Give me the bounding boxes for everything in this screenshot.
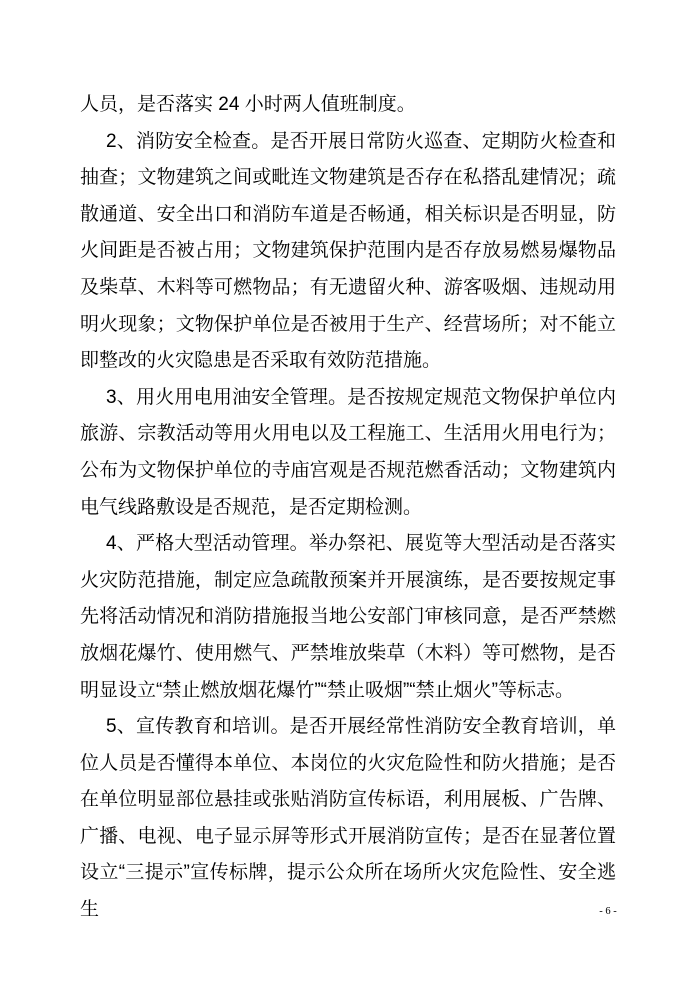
document-page: 人员，是否落实 24 小时两人值班制度。2、消防安全检查。是否开展日常防火巡查、… bbox=[0, 0, 700, 989]
text-line: 电气线路敷设是否规范，是否定期检测。 bbox=[80, 490, 616, 527]
text-line: 4、严格大型活动管理。举办祭祀、展览等大型活动是否落实 bbox=[80, 526, 616, 563]
text-line: 2、消防安全检查。是否开展日常防火巡查、定期防火检查和 bbox=[80, 124, 616, 161]
text-line: 设立“三提示”宣传标牌，提示公众所在场所火灾危险性、安全逃生 bbox=[80, 855, 616, 892]
text-line: 放烟花爆竹、使用燃气、严禁堆放柴草（木料）等可燃物，是否 bbox=[80, 636, 616, 673]
text-line: 火间距是否被占用；文物建筑保护范围内是否存放易燃易爆物品 bbox=[80, 233, 616, 270]
text-line: 5、宣传教育和培训。是否开展经常性消防安全教育培训，单 bbox=[80, 709, 616, 746]
text-line: 广播、电视、电子显示屏等形式开展消防宣传；是否在显著位置 bbox=[80, 819, 616, 856]
text-line: 明显设立“禁止燃放烟花爆竹”“禁止吸烟”“禁止烟火”等标志。 bbox=[80, 673, 616, 710]
text-line: 即整改的火灾隐患是否采取有效防范措施。 bbox=[80, 343, 616, 380]
text-line: 公布为文物保护单位的寺庙宫观是否规范燃香活动；文物建筑内 bbox=[80, 453, 616, 490]
document-body: 人员，是否落实 24 小时两人值班制度。2、消防安全检查。是否开展日常防火巡查、… bbox=[80, 87, 616, 892]
text-line: 旅游、宗教活动等用火用电以及工程施工、生活用火用电行为； bbox=[80, 416, 616, 453]
text-line: 抽查；文物建筑之间或毗连文物建筑是否存在私搭乱建情况；疏 bbox=[80, 160, 616, 197]
text-line: 火灾防范措施，制定应急疏散预案并开展演练，是否要按规定事 bbox=[80, 563, 616, 600]
text-line: 明火现象；文物保护单位是否被用于生产、经营场所；对不能立 bbox=[80, 307, 616, 344]
text-line: 散通道、安全出口和消防车道是否畅通，相关标识是否明显，防 bbox=[80, 197, 616, 234]
text-line: 及柴草、木料等可燃物品；有无遗留火种、游客吸烟、违规动用 bbox=[80, 270, 616, 307]
text-line: 先将活动情况和消防措施报当地公安部门审核同意，是否严禁燃 bbox=[80, 599, 616, 636]
text-line: 在单位明显部位悬挂或张贴消防宣传标语，利用展板、广告牌、 bbox=[80, 782, 616, 819]
text-line: 人员，是否落实 24 小时两人值班制度。 bbox=[80, 87, 616, 124]
text-line: 3、用火用电用油安全管理。是否按规定规范文物保护单位内 bbox=[80, 380, 616, 417]
page-number: - 6 - bbox=[560, 905, 656, 919]
text-line: 位人员是否懂得本单位、本岗位的火灾危险性和防火措施；是否 bbox=[80, 746, 616, 783]
